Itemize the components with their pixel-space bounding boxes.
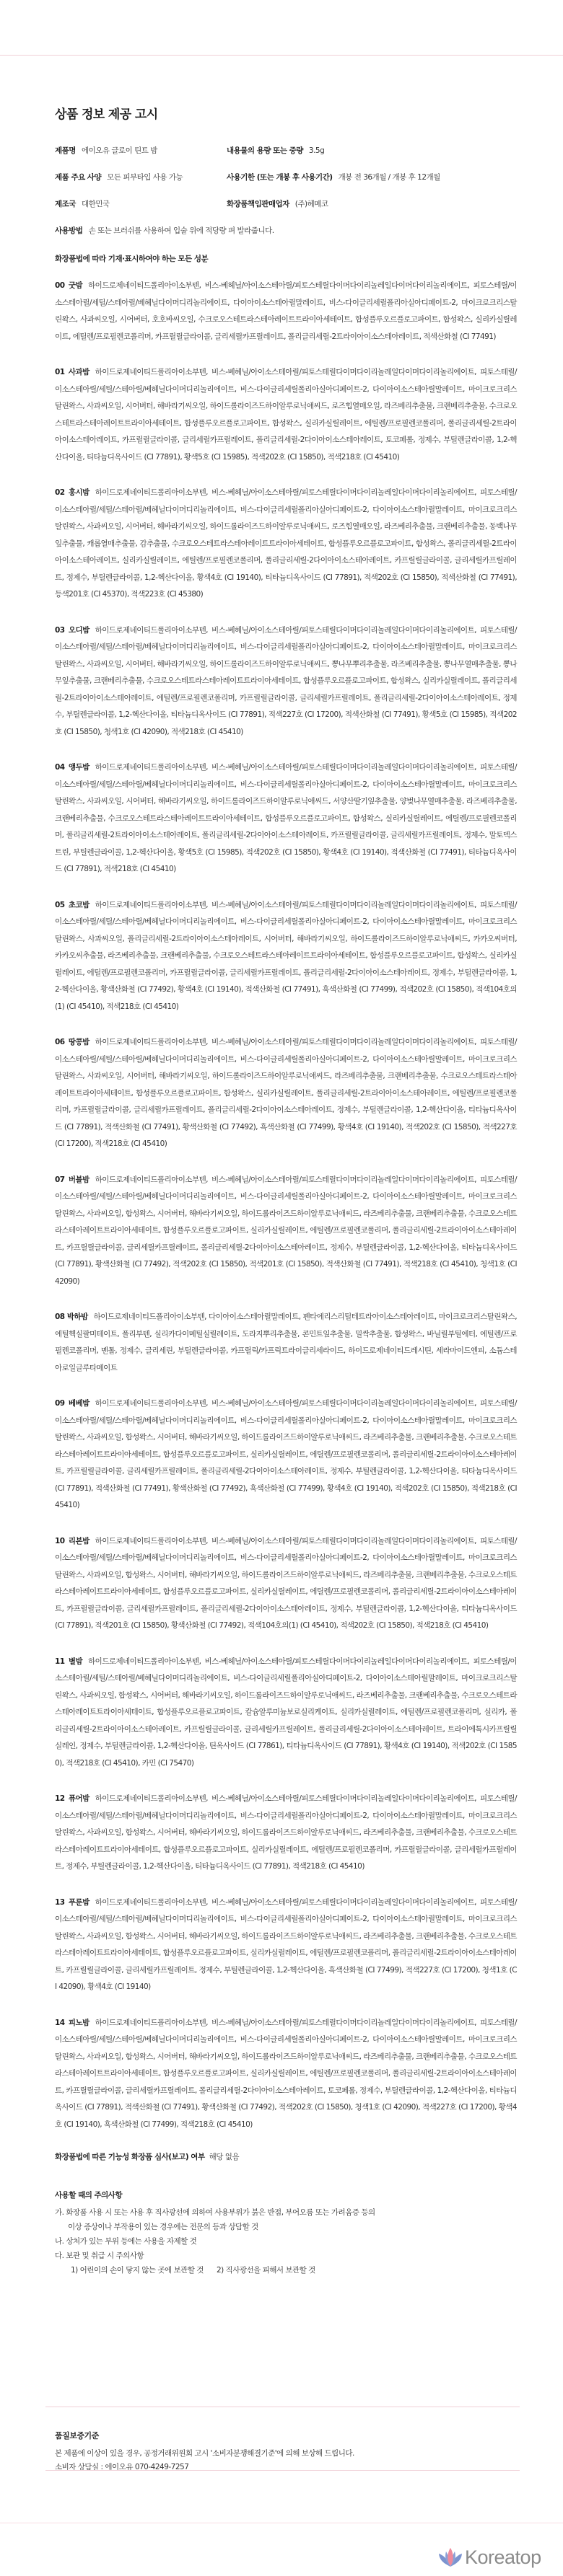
spec-value: 에이오유 글로이 틴트 밤 xyxy=(82,146,157,155)
ingredient-text: 하이드로제네이티드폴리아이소부텐, 비스-베헤닐/아이소스테아릴/피토스테릴다이… xyxy=(55,626,517,736)
spec-expiration: 사용기한 (또는 개봉 후 사용기간)개봉 전 36개월 / 개봉 후 12개월 xyxy=(227,172,517,183)
spec-value: 개봉 전 36개월 / 개봉 후 12개월 xyxy=(339,173,440,182)
ingredient-item: 11 별밤하이드로제네이티드폴리아이소부텐, 비스-베헤닐/아이소스테아릴/피토… xyxy=(55,1654,517,1773)
ingredient-text: 하이드로제네이티드폴리아이소부텐, 비스-베헤닐/아이소스테아릴/피토스테릴다이… xyxy=(55,1537,517,1631)
ingredient-text: 하이드로제네이티드폴리아이소부텐, 비스-베헤닐/아이소스테아릴/피토스테릴다이… xyxy=(55,1175,517,1286)
quality-text: 본 제품에 이상이 있을 경우, 공정거래위원회 고시 '소비자분쟁해결기준'에… xyxy=(55,2447,517,2461)
section-divider xyxy=(45,2470,520,2471)
logo-text: Koreatop xyxy=(465,2546,541,2568)
functional-review-label: 화장품법에 따른 기능성 화장품 심사(보고) 여부 xyxy=(55,2153,205,2161)
ingredient-text: 하이드로제네이티드폴리아이소부텐, 비스-베헤닐/아이소스테아릴/피토스테릴다이… xyxy=(55,368,517,462)
ingredient-text: 하이드로제네이티드폴리아이소부텐, 비스-베헤닐/아이소스테아릴/피토스테릴다이… xyxy=(55,901,517,1011)
ingredient-text: 하이드로제네이티드폴리아이소부텐, 비스-베헤닐/아이소스테아릴/피토스테릴다이… xyxy=(55,488,517,599)
spec-distributor: 화장품책임판매업자(주)헤메코 xyxy=(227,199,517,210)
ingredient-item: 04 앵두밤하이드로제네이티드폴리아이소부텐, 비스-베헤닐/아이소스테아릴/피… xyxy=(55,759,517,878)
koreatop-logo: Koreatop xyxy=(438,2544,541,2570)
spec-value: 대한민국 xyxy=(82,200,110,208)
shade-name: 07 버블밤 xyxy=(55,1175,90,1184)
top-divider xyxy=(0,55,563,56)
ingredient-list: 00 굿밤하이드로제네이티드폴리아이소부텐, 비스-베헤닐/아이소스테아릴/피토… xyxy=(55,278,517,2133)
shade-name: 13 푸룬밤 xyxy=(55,1898,90,1907)
lotus-icon xyxy=(438,2546,463,2568)
quality-heading: 품질보증기준 xyxy=(55,2430,517,2441)
ingredient-item: 13 푸룬밤하이드로제네이티드폴리아이소부텐, 비스-베헤닐/아이소스테아릴/피… xyxy=(55,1894,517,1996)
ingredient-item: 14 피노밤하이드로제네이티드폴리아이소부텐, 비스-베헤닐/아이소스테아릴/피… xyxy=(55,2015,517,2134)
ingredient-item: 07 버블밤하이드로제네이티드폴리아이소부텐, 비스-베헤닐/아이소스테아릴/피… xyxy=(55,1172,517,1291)
usage-value: 손 또는 브러쉬를 사용하여 입술 위에 적당량 펴 발라줍니다. xyxy=(89,226,274,235)
shade-name: 03 오디밤 xyxy=(55,626,90,635)
ingredient-item: 10 리본밤하이드로제네이티드폴리아이소부텐, 비스-베헤닐/아이소스테아릴/피… xyxy=(55,1533,517,1635)
ingredient-text: 하이드로제네이티드폴리아이소부텐, 비스-베헤닐/아이소스테아릴/피토스테릴다이… xyxy=(55,1657,517,1768)
spec-value: 모든 피부타입 사용 가능 xyxy=(107,173,183,182)
caution-section: 사용할 때의 주의사항 가. 화장품 사용 시 또는 사용 후 직사광선에 의하… xyxy=(55,2190,517,2277)
ingredient-item: 03 오디밤하이드로제네이티드폴리아이소부텐, 비스-베헤닐/아이소스테아릴/피… xyxy=(55,622,517,741)
ingredient-text: 하이드로제네이티드폴리아이소부텐, 비스-베헤닐/아이소스테아릴/피토스테릴다이… xyxy=(55,763,517,873)
caution-item-c-subitems: 1) 어린이의 손이 닿지 않는 곳에 보관할 것2) 직사광선을 피해서 보관… xyxy=(55,2263,517,2277)
ingredient-item: 08 박하밤하이드로제네이티드폴리아이소부텐, 다이아이소스테아릴말레이트, 펜… xyxy=(55,1309,517,1377)
functional-review: 화장품법에 따른 기능성 화장품 심사(보고) 여부해당 없음 xyxy=(55,2152,517,2163)
spec-product-name: 제품명에이오유 글로이 틴트 밤 xyxy=(55,146,227,156)
quality-section: 품질보증기준 본 제품에 이상이 있을 경우, 공정거래위원회 고시 '소비자분… xyxy=(55,2430,517,2474)
page-title: 상품 정보 제공 고시 xyxy=(55,107,517,123)
ingredient-item: 09 베베밤하이드로제네이티드폴리아이소부텐, 비스-베헤닐/아이소스테아릴/피… xyxy=(55,1395,517,1514)
ingredient-text: 하이드로제네이티드폴리아이소부텐, 비스-베헤닐/아이소스테아릴/피토스테릴다이… xyxy=(55,1898,517,1992)
shade-name: 09 베베밤 xyxy=(55,1399,90,1408)
usage-method: 사용방법손 또는 브러쉬를 사용하여 입술 위에 적당량 펴 발라줍니다. xyxy=(55,226,517,237)
ingredient-text: 하이드로제네이티드폴리아이소부텐, 비스-베헤닐/아이소스테아릴/피토스테릴다이… xyxy=(55,1038,517,1148)
shade-name: 02 홍시밤 xyxy=(55,488,90,497)
spec-label: 제품 주요 사양 xyxy=(55,173,101,182)
ingredient-item: 02 홍시밤하이드로제네이티드폴리아이소부텐, 비스-베헤닐/아이소스테아릴/피… xyxy=(55,485,517,604)
shade-name: 08 박하밤 xyxy=(55,1313,88,1321)
ingredient-text: 하이드로제네이티드폴리아이소부텐, 비스-베헤닐/아이소스테아릴/피토스테릴다이… xyxy=(55,1399,517,1509)
shade-name: 04 앵두밤 xyxy=(55,763,90,772)
shade-name: 01 사과밤 xyxy=(55,368,90,376)
shade-name: 14 피노밤 xyxy=(55,2019,90,2027)
ingredient-text: 하이드로제네이티드폴리아이소부텐, 비스-베헤닐/아이소스테아릴/피토스테릴다이… xyxy=(55,1794,517,1871)
spec-value: (주)헤메코 xyxy=(295,200,328,208)
ingredient-text: 하이드로제네이티드폴리아이소부텐, 비스-베헤닐/아이소스테아릴/피토스테릴다이… xyxy=(55,281,517,341)
ingredient-item: 00 굿밤하이드로제네이티드폴리아이소부텐, 비스-베헤닐/아이소스테아릴/피토… xyxy=(55,278,517,345)
product-notice: 상품 정보 제공 고시 제품명에이오유 글로이 틴트 밤 내용물의 용량 또는 … xyxy=(55,107,517,2277)
section-divider xyxy=(45,2407,520,2407)
shade-name: 05 초코밤 xyxy=(55,901,90,909)
caution-item-a: 가. 화장품 사용 시 또는 사용 후 직사광선에 의하여 사용부위가 붉은 반… xyxy=(55,2205,517,2220)
shade-name: 10 리본밤 xyxy=(55,1537,90,1545)
shade-name: 00 굿밤 xyxy=(55,281,82,290)
spec-label: 제조국 xyxy=(55,200,76,208)
functional-review-value: 해당 없음 xyxy=(209,2153,239,2161)
usage-label: 사용방법 xyxy=(55,226,83,235)
caution-item-c1: 1) 어린이의 손이 닿지 않는 곳에 보관할 것 xyxy=(71,2266,204,2275)
caution-heading: 사용할 때의 주의사항 xyxy=(55,2190,517,2201)
ingredient-item: 05 초코밤하이드로제네이티드폴리아이소부텐, 비스-베헤닐/아이소스테아릴/피… xyxy=(55,897,517,1016)
spec-volume: 내용물의 용량 또는 중량3.5g xyxy=(227,146,517,156)
spec-label: 사용기한 (또는 개봉 후 사용기간) xyxy=(227,173,333,182)
ingredient-item: 06 땅콩밤하이드로제네이티드폴리아이소부텐, 비스-베헤닐/아이소스테아릴/피… xyxy=(55,1034,517,1153)
ingredient-item: 01 사과밤하이드로제네이티드폴리아이소부텐, 비스-베헤닐/아이소스테아릴/피… xyxy=(55,364,517,466)
caution-item-c: 다. 보관 및 취급 시 주의사항 xyxy=(55,2249,517,2263)
shade-name: 06 땅콩밤 xyxy=(55,1038,90,1046)
ingredient-text: 하이드로제네이티드폴리아이소부텐, 다이아이소스테아릴말레이트, 펜타에리스리틸… xyxy=(55,1313,517,1372)
spec-main-features: 제품 주요 사양모든 피부타입 사용 가능 xyxy=(55,172,227,183)
ingredient-text: 하이드로제네이티드폴리아이소부텐, 비스-베헤닐/아이소스테아릴/피토스테릴다이… xyxy=(55,2019,517,2129)
ingredients-heading: 화장품법에 따라 기재·표시하여야 하는 모든 성분 xyxy=(55,254,517,265)
spec-value: 3.5g xyxy=(309,146,324,155)
spec-country: 제조국대한민국 xyxy=(55,199,227,210)
spec-label: 제품명 xyxy=(55,146,76,155)
shade-name: 12 퓨어밤 xyxy=(55,1794,90,1803)
spec-grid: 제품명에이오유 글로이 틴트 밤 내용물의 용량 또는 중량3.5g 제품 주요… xyxy=(55,146,517,210)
caution-item-a-cont: 이상 증상이나 부작용이 있는 경우에는 전문의 등과 상담할 것 xyxy=(55,2220,517,2234)
bottom-divider xyxy=(0,2523,563,2523)
shade-name: 11 별밤 xyxy=(55,1657,82,1666)
spec-label: 화장품책임판매업자 xyxy=(227,200,289,208)
caution-item-b: 나. 상처가 있는 부위 등에는 사용을 자제할 것 xyxy=(55,2234,517,2249)
caution-item-c2: 2) 직사광선을 피해서 보관할 것 xyxy=(217,2266,315,2275)
consumer-contact: 소비자 상담실 : 에이오유 070-4249-7257 xyxy=(55,2461,517,2474)
spec-label: 내용물의 용량 또는 중량 xyxy=(227,146,303,155)
ingredient-item: 12 퓨어밤하이드로제네이티드폴리아이소부텐, 비스-베헤닐/아이소스테아릴/피… xyxy=(55,1791,517,1876)
